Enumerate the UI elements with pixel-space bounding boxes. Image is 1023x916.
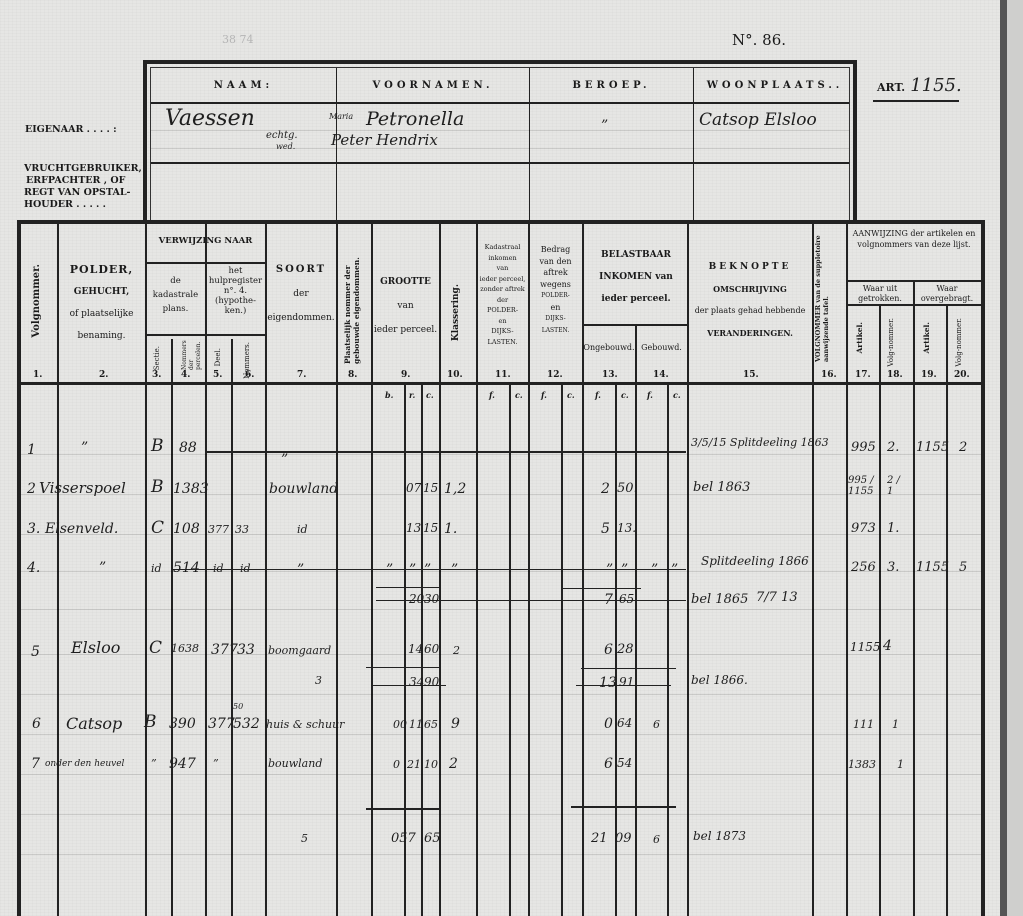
main_table-headers-10-label-0: BEKNOPTE xyxy=(688,256,812,278)
table-rule xyxy=(151,148,849,149)
main_table-rows-9-ongebouwd-1: 09 xyxy=(615,831,632,846)
main_table-rows-4-grootte-2: 30 xyxy=(424,592,439,606)
main_table-headers-12-subgroups-0-cols-0-label: Artikel. xyxy=(855,322,864,354)
main_table-headers-2-subgroups-1-cols-0-num: 5. xyxy=(213,370,222,380)
main_table-rows-5-ongebouwd-1: 28 xyxy=(617,642,634,657)
header-woonplaats: WOONPLAATS.. xyxy=(694,80,856,91)
table-rule xyxy=(366,667,441,668)
main_table-rows-8-sectie: ” xyxy=(151,757,157,770)
main_table-rows-6-veranderingen: bel 1866. xyxy=(691,673,748,687)
main_table-rows-3-soort: ” xyxy=(297,562,304,578)
header-plaatselijk-nommer: Plaatselijk nommer der gebouwde eigendom… xyxy=(343,234,365,364)
main_table-rows-8-volgnr: 7 xyxy=(31,756,40,772)
header-aanwijzing: AANWIJZING der artikelen en volgnommers … xyxy=(847,228,981,250)
main_table-rows-2-volgnr_uit: 1. xyxy=(887,521,899,536)
main_table-rows-3-volgnr_over: 5 xyxy=(959,560,967,575)
main_table-rows-3-polder: ” xyxy=(99,560,106,576)
main_table-headers-12-subgroups-0-cols-1-num: 18. xyxy=(887,370,903,380)
main_table-headers-6-num: 10. xyxy=(447,370,463,380)
main_table-rows-0-artikel_over: 1155 xyxy=(916,440,949,455)
main_table-rows-0-veranderingen: 3/5/15 Splitdeeling 1863 xyxy=(691,436,829,449)
main_table-rows-2-nommer: 33 xyxy=(235,523,249,536)
main_table-headers-7-label-2: van xyxy=(477,263,528,274)
main_table-headers-2-subgroups-1-label-2: n°. 4. xyxy=(206,286,265,296)
main_table-headers-7-label-4: zonder aftrek xyxy=(477,284,528,295)
header-belastbaar-inkomen: BELASTBAAR INKOMEN van ieder perceel. xyxy=(591,244,681,310)
main_table-headers-12-subgroups-1-cols-1-num: 20. xyxy=(954,370,970,380)
main_table-rows-0-perceel: 88 xyxy=(179,440,197,456)
main_table-headers-1-num: 2. xyxy=(99,370,108,380)
main_table-rows-8-klasse: 2 xyxy=(449,756,458,772)
main_table-headers-7-units-0: f. xyxy=(489,390,495,400)
main_table-rows-3-gebouwd-0: ” xyxy=(651,562,658,578)
main_table-rows-3-artikel_over: 1155 xyxy=(916,560,949,575)
table-rule xyxy=(21,454,981,455)
main_table-headers-9-cols-0-num: 13. xyxy=(602,370,618,380)
main_table-rows-0-sectie: B xyxy=(151,436,164,456)
header-soort: SOORT der eigendommen. xyxy=(266,258,336,330)
main_table-headers-7-num: 11. xyxy=(495,370,511,380)
main_table-headers-1-label-2: of plaatselijke xyxy=(58,303,145,325)
main_table-rows-5-perceel: 1638 xyxy=(171,642,199,655)
table-rule xyxy=(21,609,981,610)
main_table-rows-1-volgnr_uit: 2 / 1 xyxy=(887,475,907,497)
main_table-headers-2-subgroups-1-label-1: hulpregister xyxy=(206,276,265,286)
article-value: 1155. xyxy=(910,75,962,96)
table-rule xyxy=(913,280,915,916)
main_table-rows-7-artikel_uit: 111 xyxy=(853,718,874,731)
table-rule xyxy=(561,588,641,589)
table-rule xyxy=(171,339,173,916)
main_table-rows-7-grootte-1: 11 xyxy=(409,718,423,731)
main_table-headers-5-label-2: ieder perceel. xyxy=(372,318,439,342)
main_table-rows-7-grootte-2: 65 xyxy=(424,718,438,731)
main_table-rows-7-volgnr_uit: 1 xyxy=(892,718,899,731)
main_table-rows-5-grootte-1: 14 xyxy=(408,642,423,656)
main_table-headers-4-num: 8. xyxy=(348,370,357,380)
header-suppletoire: VOLGNOMMER van de suppletoire aanwijzend… xyxy=(814,232,844,362)
main_table-rows-7-soort: huis & schuur xyxy=(266,718,344,731)
main_table-rows-1-volgnr: 2 xyxy=(27,481,36,497)
owner_section-labels-vruchtgebruiker-0: VRUCHTGEBRUIKER, xyxy=(24,163,142,175)
main_table-headers-10-label-3: VERANDERINGEN. xyxy=(688,322,812,344)
main_table-rows-1-soort: bouwland xyxy=(269,481,338,497)
main_table-rows-3-sectie: id xyxy=(151,562,162,575)
main_table-headers-8-label-0: Bedrag xyxy=(529,244,582,256)
main_table-rows-5-klasse: 2 xyxy=(453,644,460,657)
table-rule xyxy=(21,854,981,855)
owner-naam-note: wed. xyxy=(276,142,295,151)
main_table-rows-5-volgnr: 5 xyxy=(31,644,40,660)
header-beroep: BEROEP. xyxy=(530,80,693,91)
main_table-headers-7-label-5: der xyxy=(477,295,528,306)
main_table-rows-7-volgnr: 6 xyxy=(32,716,41,732)
main_table-headers-8-units-1: c. xyxy=(567,390,575,400)
parcel-table: Volgnommer. 1. POLDER, GEHUCHT, of plaat… xyxy=(17,220,985,916)
header-kadastrale-plans: de kadastrale plans. xyxy=(146,274,205,316)
header-voornamen: VOORNAMEN. xyxy=(337,80,529,91)
main_table-rows-5-polder: Elsloo xyxy=(71,638,120,657)
main_table-rows-3-grootte-2: ” xyxy=(424,562,431,578)
main_table-rows-8-grootte-1: 21 xyxy=(407,758,421,771)
main_table-headers-7-label-0: Kadastraal xyxy=(477,242,528,253)
main_table-headers-5-label-0: GROOTTE xyxy=(372,270,439,294)
main_table-rows-8-ongebouwd-0: 6 xyxy=(604,756,613,772)
main_table-rows-7-polder: Catsop xyxy=(66,714,122,733)
main_table-rows-4-ongebouwd-1: 65 xyxy=(619,592,634,606)
main_table-rows-7-gebouwd-0: 6 xyxy=(653,718,660,731)
header-bedrag-aftrek: Bedragvan denaftrekwegensPOLDER-enDIJKS-… xyxy=(529,244,582,336)
eigenaar-label: EIGENAAR . . . . : xyxy=(25,124,117,136)
main_table-headers-9-cols-1-num: 14. xyxy=(653,370,669,380)
main_table-headers-5-units-2: c. xyxy=(426,390,434,400)
main_table-headers-11-num: 16. xyxy=(821,370,837,380)
table-rule xyxy=(946,304,948,916)
main_table-headers-5-num: 9. xyxy=(401,370,410,380)
main_table-rows-8-grootte-2: 10 xyxy=(424,758,438,771)
header-kadastraal-inkomen: Kadastraalinkomenvanieder perceel,zonder… xyxy=(477,242,528,347)
header-hulpregister: het hulpregister n°. 4. (hypothe- ken.) xyxy=(206,266,265,316)
main_table-rows-5-grootte-2: 60 xyxy=(424,642,439,656)
main_table-rows-8-soort: bouwland xyxy=(268,757,322,770)
main_table-headers-2-subgroups-1-label-4: ken.) xyxy=(206,306,265,316)
main_table-rows-2-soort: id xyxy=(297,523,308,536)
main_table-rows-7-ongebouwd-0: 0 xyxy=(604,716,613,732)
main_table-headers-2-subgroups-0-cols-1-num: 4. xyxy=(181,370,190,380)
owner-voornamen: Petronella xyxy=(366,108,464,130)
article-label: ART. xyxy=(877,81,905,94)
owner-voornamen-prefix: Maria xyxy=(329,112,353,121)
main_table-rows-9-count: 5 xyxy=(301,832,308,845)
owner-voornamen-line2: Peter Hendrix xyxy=(331,131,438,149)
table-rule xyxy=(366,808,441,810)
header-volgnommer: Volgnommer. xyxy=(31,264,42,338)
main_table-rows-2-volgnr: 3. xyxy=(27,521,40,537)
main_table-rows-6-grootte-1: 34 xyxy=(409,675,424,689)
main_table-rows-5-ongebouwd-0: 6 xyxy=(604,642,613,658)
owner-beroep: ” xyxy=(601,118,608,134)
table-rule xyxy=(336,224,338,916)
main_table-rows-3-ongebouwd-1: ” xyxy=(621,562,628,578)
main_table-headers-7-label-7: en xyxy=(477,316,528,327)
table-rule xyxy=(635,324,637,916)
main_table-rows-0-polder: ” xyxy=(81,440,88,456)
main_table-rows-1-perceel: 1383 xyxy=(173,481,209,497)
main_table-rows-8-volgnr_uit: 1 xyxy=(897,758,904,771)
table-rule xyxy=(145,224,147,916)
article-number: ART. 1155. xyxy=(877,75,962,96)
owner-box: NAAM: VOORNAMEN. BEROEP. WOONPLAATS.. Va… xyxy=(143,60,857,220)
page-edge xyxy=(1000,0,1007,916)
table-rule xyxy=(667,384,669,916)
main_table-headers-8-units-0: f. xyxy=(541,390,547,400)
main_table-rows-0-volgnr_uit: 2. xyxy=(887,440,899,455)
main_table-rows-8-deel: ” xyxy=(213,757,219,770)
main_table-headers-7-label-6: POLDER- xyxy=(477,305,528,316)
main_table-rows-9-ongebouwd-0: 21 xyxy=(591,831,608,846)
main_table-rows-0-artikel_uit: 995 xyxy=(851,440,876,455)
main_table-rows-1-sectie: B xyxy=(151,477,164,497)
main_table-headers-10-label-2: der plaats gehad hebbende xyxy=(688,300,812,322)
main_table-headers-8-label-1: van den xyxy=(529,256,582,268)
table-rule xyxy=(151,130,849,131)
table-rule xyxy=(151,102,849,104)
owner-woonplaats: Catsop Elsloo xyxy=(699,110,817,130)
main_table-headers-12-subgroups-1-cols-1-label: Volg-nommer. xyxy=(955,318,963,367)
main_table-headers-9-cols-0-label: Ongebouwd. xyxy=(583,342,635,353)
main_table-rows-4-ongebouwd-0: 7 xyxy=(604,592,613,608)
main_table-rows-7-nommer_note: 50 xyxy=(233,702,243,711)
main_table-rows-5-soort: boomgaard xyxy=(268,644,331,657)
main_table-headers-9-cols-1-label: Gebouwd. xyxy=(636,342,687,353)
main_table-rows-3-grootte-1: ” xyxy=(409,562,416,578)
main_table-rows-5-volgnr_uit: 4 xyxy=(883,638,892,654)
main_table-rows-1-ongebouwd-0: 2 xyxy=(601,481,610,497)
main_table-rows-6-count: 3 xyxy=(315,674,322,687)
main_table-headers-2-subgroups-0-cols-0-label: Sectie. xyxy=(153,346,161,370)
table-rule xyxy=(581,668,676,669)
owner-naam: Vaessen xyxy=(165,106,255,131)
main_table-headers-2-subgroups-1-label-3: (hypothe- xyxy=(206,296,265,306)
main_table-rows-2-artikel_uit: 973 xyxy=(851,521,876,536)
main_table-rows-5-artikel_uit: 1155 xyxy=(850,640,881,654)
main_table-headers-2-subgroups-0-label-1: kadastrale xyxy=(146,288,205,302)
main_table-rows-9-veranderingen: bel 1873 xyxy=(693,829,746,843)
page-number: N°. 86. xyxy=(732,31,786,49)
main_table-headers-3-num: 7. xyxy=(297,370,306,380)
main_table-rows-5-sectie: C xyxy=(149,638,162,658)
table-rule xyxy=(231,339,233,916)
main_table-rows-1-grootte-2: 15 xyxy=(423,481,438,495)
main_table-headers-7-label-8: DIJKS- xyxy=(477,326,528,337)
header-beknopte-omschrijving: BEKNOPTE OMSCHRIJVING der plaats gehad h… xyxy=(688,256,812,344)
main_table-rows-2-deel: 377 xyxy=(208,523,229,536)
table-rule xyxy=(21,694,981,695)
main_table-headers-7-label-1: inkomen xyxy=(477,253,528,264)
table-rule xyxy=(582,224,584,916)
main_table-rows-5-deel: 377 xyxy=(211,642,238,658)
vruchtgebruiker-label: VRUCHTGEBRUIKER, ERFPACHTER , OF REGT VA… xyxy=(24,163,142,211)
main_table-rows-1-ongebouwd-1: 50. xyxy=(617,481,638,496)
owner-naam-line2: echtg. xyxy=(266,130,298,141)
table-rule xyxy=(21,534,981,535)
main_table-headers-5-label-1: van xyxy=(372,294,439,318)
main_table-rows-3-ongebouwd-0: ” xyxy=(606,562,613,578)
main_table-headers-8-label-5: en xyxy=(529,302,582,314)
table-rule xyxy=(439,224,441,916)
article-flourish xyxy=(873,100,959,102)
main_table-rows-7-ongebouwd-1: 64 xyxy=(617,716,632,730)
main_table-rows-1-artikel_uit: 995 / 1155 xyxy=(848,475,878,497)
main_table-headers-2-subgroups-0-label-0: de xyxy=(146,274,205,288)
main_table-rows-1-klasse: 1,2 xyxy=(444,481,466,497)
main_table-headers-3-label-2: eigendommen. xyxy=(266,306,336,330)
main_table-headers-12-subgroups-1-cols-0-num: 19. xyxy=(921,370,937,380)
header-klassering: Klassering. xyxy=(451,284,461,341)
table-rule xyxy=(376,587,441,588)
main_table-headers-8-label-2: aftrek xyxy=(529,267,582,279)
table-rule xyxy=(206,451,686,453)
main_table-rows-2-grootte-2: 15 xyxy=(423,521,438,535)
main_table-rows-7-grootte-0: 00 xyxy=(393,718,407,731)
main_table-rows-0-volgnr_over: 2 xyxy=(959,440,967,455)
table-rule xyxy=(21,494,981,495)
main_table-headers-1-label-3: benaming. xyxy=(58,325,145,347)
main_table-headers-8-num: 12. xyxy=(547,370,563,380)
table-rule xyxy=(509,384,511,916)
page-margin xyxy=(1007,0,1023,916)
main_table-headers-10-label-1: OMSCHRIJVING xyxy=(688,278,812,300)
main_table-rows-3-artikel_uit: 256 xyxy=(851,560,876,575)
main_table-rows-6-ongebouwd-1: 91 xyxy=(619,675,634,689)
main_table-rows-1-veranderingen: bel 1863 xyxy=(693,480,750,495)
owner_section-labels-vruchtgebruiker-1: ERFPACHTER , OF xyxy=(24,175,142,187)
main_table-headers-5-units-1: r. xyxy=(409,390,415,400)
table-rule xyxy=(151,162,849,164)
main_table-headers-8-label-7: LASTEN. xyxy=(529,325,582,337)
main_table-rows-1-polder: Visserspoel xyxy=(39,479,126,497)
table-rule xyxy=(21,774,981,775)
main_table-rows-2-ongebouwd-1: 13. xyxy=(617,521,636,535)
main_table-rows-3-gebouwd-1: ” xyxy=(671,562,678,578)
main_table-rows-6-grootte-2: 90 xyxy=(424,675,439,689)
main_table-headers-12-subgroups-0-cols-1-label: Volg-nommer. xyxy=(887,318,895,367)
main_table-rows-2-klasse: 1. xyxy=(444,521,457,537)
header-polder: POLDER, GEHUCHT, of plaatselijke benamin… xyxy=(58,259,145,347)
main_table-headers-7-units-1: c. xyxy=(515,390,523,400)
main_table-headers-3-label-0: SOORT xyxy=(266,258,336,282)
main_table-rows-6-ongebouwd-0: 13 xyxy=(599,675,617,691)
main_table-headers-1-label-0: POLDER, xyxy=(58,259,145,281)
main_table-headers-12-subgroups-0-label: Waar uit getrokken. xyxy=(847,284,913,304)
main_table-rows-3-klasse: ” xyxy=(451,562,458,578)
main_table-headers-9-cols-1-units-1: c. xyxy=(673,390,681,400)
main_table-headers-2-subgroups-0-cols-1-label: Nommers der percelen. xyxy=(181,340,199,370)
main_table-headers-10-num: 15. xyxy=(743,370,759,380)
main_table-rows-3-veranderingen: Splitdeeling 1866 xyxy=(701,554,809,568)
main_table-headers-0-num: 1. xyxy=(33,370,42,380)
main_table-rows-4-veranderingen: bel 1865 xyxy=(691,592,748,607)
main_table-headers-9-cols-0-units-1: c. xyxy=(621,390,629,400)
main_table-rows-2-grootte-1: 13 xyxy=(406,521,421,535)
table-rule xyxy=(21,814,981,815)
table-rule xyxy=(879,304,881,916)
main_table-headers-9-cols-1-units-0: f. xyxy=(647,390,653,400)
main_table-headers-2-subgroups-1-cols-1-num: 6. xyxy=(245,370,254,380)
main_table-rows-3-volgnr: 4. xyxy=(27,560,40,576)
header-grootte: GROOTTE van ieder perceel. xyxy=(372,270,439,342)
main_table-rows-9-grootte-2: 65 xyxy=(424,831,441,846)
main_table-rows-3-perceel: 514 xyxy=(173,560,200,576)
main_table-headers-12-subgroups-0-cols-0-num: 17. xyxy=(855,370,871,380)
main_table-rows-7-klasse: 9 xyxy=(451,716,460,732)
table-rule xyxy=(846,224,848,916)
main_table-headers-2-subgroups-1-label-0: het xyxy=(206,266,265,276)
faint-stamp: 38 74 xyxy=(222,33,254,46)
table-rule xyxy=(21,734,981,735)
main_table-rows-2-perceel: 108 xyxy=(173,521,200,537)
main_table-rows-2-sectie: C xyxy=(151,518,164,538)
main_table-rows-8-perceel: 947 xyxy=(169,756,196,772)
main_table-headers-5-units-0: b. xyxy=(385,390,393,400)
main_table-headers-7-label-3: ieder perceel, xyxy=(477,274,528,285)
main_table-rows-7-nommer: 532 xyxy=(233,716,260,732)
header-verwijzing: VERWIJZING NAAR xyxy=(146,236,265,247)
main_table-rows-9-gebouwd-0: 6 xyxy=(653,833,660,846)
main_table-headers-2-subgroups-1-cols-0-label: Deel. xyxy=(214,348,222,366)
row1-volgnr: 1 xyxy=(27,442,36,458)
main_table-rows-7-deel: 377 xyxy=(208,716,235,732)
main_table-rows-8-artikel_uit: 1383 xyxy=(848,758,876,771)
owner_section-labels-vruchtgebruiker-3: HOUDER . . . . . xyxy=(24,199,142,211)
main_table-rows-7-sectie: B xyxy=(144,712,157,732)
main_table-headers-3-label-1: der xyxy=(266,282,336,306)
main_table-rows-5-nommer: 33 xyxy=(237,642,255,658)
main_table-rows-8-ongebouwd-1: 54 xyxy=(617,756,632,770)
main_table-headers-2-subgroups-0-label-2: plans. xyxy=(146,302,205,316)
main_table-rows-3-volgnr_uit: 3. xyxy=(887,560,899,575)
main_table-headers-8-label-4: POLDER- xyxy=(529,290,582,302)
main_table-headers-7-label-9: LASTEN. xyxy=(477,337,528,348)
main_table-rows-3-grootte-0: ” xyxy=(386,562,393,578)
table-rule xyxy=(571,806,676,808)
main_table-rows-8-grootte-0: 0 xyxy=(393,758,400,771)
table-rule xyxy=(21,654,981,655)
main_table-rows-8-polder: onder den heuvel xyxy=(45,759,124,769)
main_table-rows-0-soort: ” xyxy=(281,452,288,468)
main_table-rows-4-grootte-1: 20 xyxy=(409,592,424,606)
main_table-rows-2-polder: Elsenveld. xyxy=(45,521,118,537)
main_table-headers-9-cols-0-units-0: f. xyxy=(595,390,601,400)
main_table-headers-1-label-1: GEHUCHT, xyxy=(58,281,145,303)
main_table-headers-12-subgroups-1-cols-0-label: Artikel. xyxy=(922,322,931,354)
header-naam: NAAM: xyxy=(151,80,336,91)
main_table-headers-12-subgroups-1-label: Waar overgebragt. xyxy=(914,284,980,304)
table-rule xyxy=(21,571,981,572)
main_table-rows-4-note: 7/7 13 xyxy=(756,590,798,605)
main_table-headers-2-subgroups-0-cols-0-num: 3. xyxy=(152,370,161,380)
main_table-rows-9-grootte-1: 057 xyxy=(391,831,416,846)
main_table-rows-2-ongebouwd-0: 5 xyxy=(601,521,610,537)
table-rule xyxy=(561,384,563,916)
table-rule xyxy=(205,224,207,916)
owner_section-labels-vruchtgebruiker-2: REGT VAN OPSTAL- xyxy=(24,187,142,199)
main_table-headers-8-label-6: DIJKS- xyxy=(529,313,582,325)
main_table-headers-8-label-3: wegens xyxy=(529,279,582,291)
main_table-rows-7-perceel: 390 xyxy=(169,716,196,732)
main_table-rows-1-grootte-1: 07 xyxy=(406,481,421,495)
